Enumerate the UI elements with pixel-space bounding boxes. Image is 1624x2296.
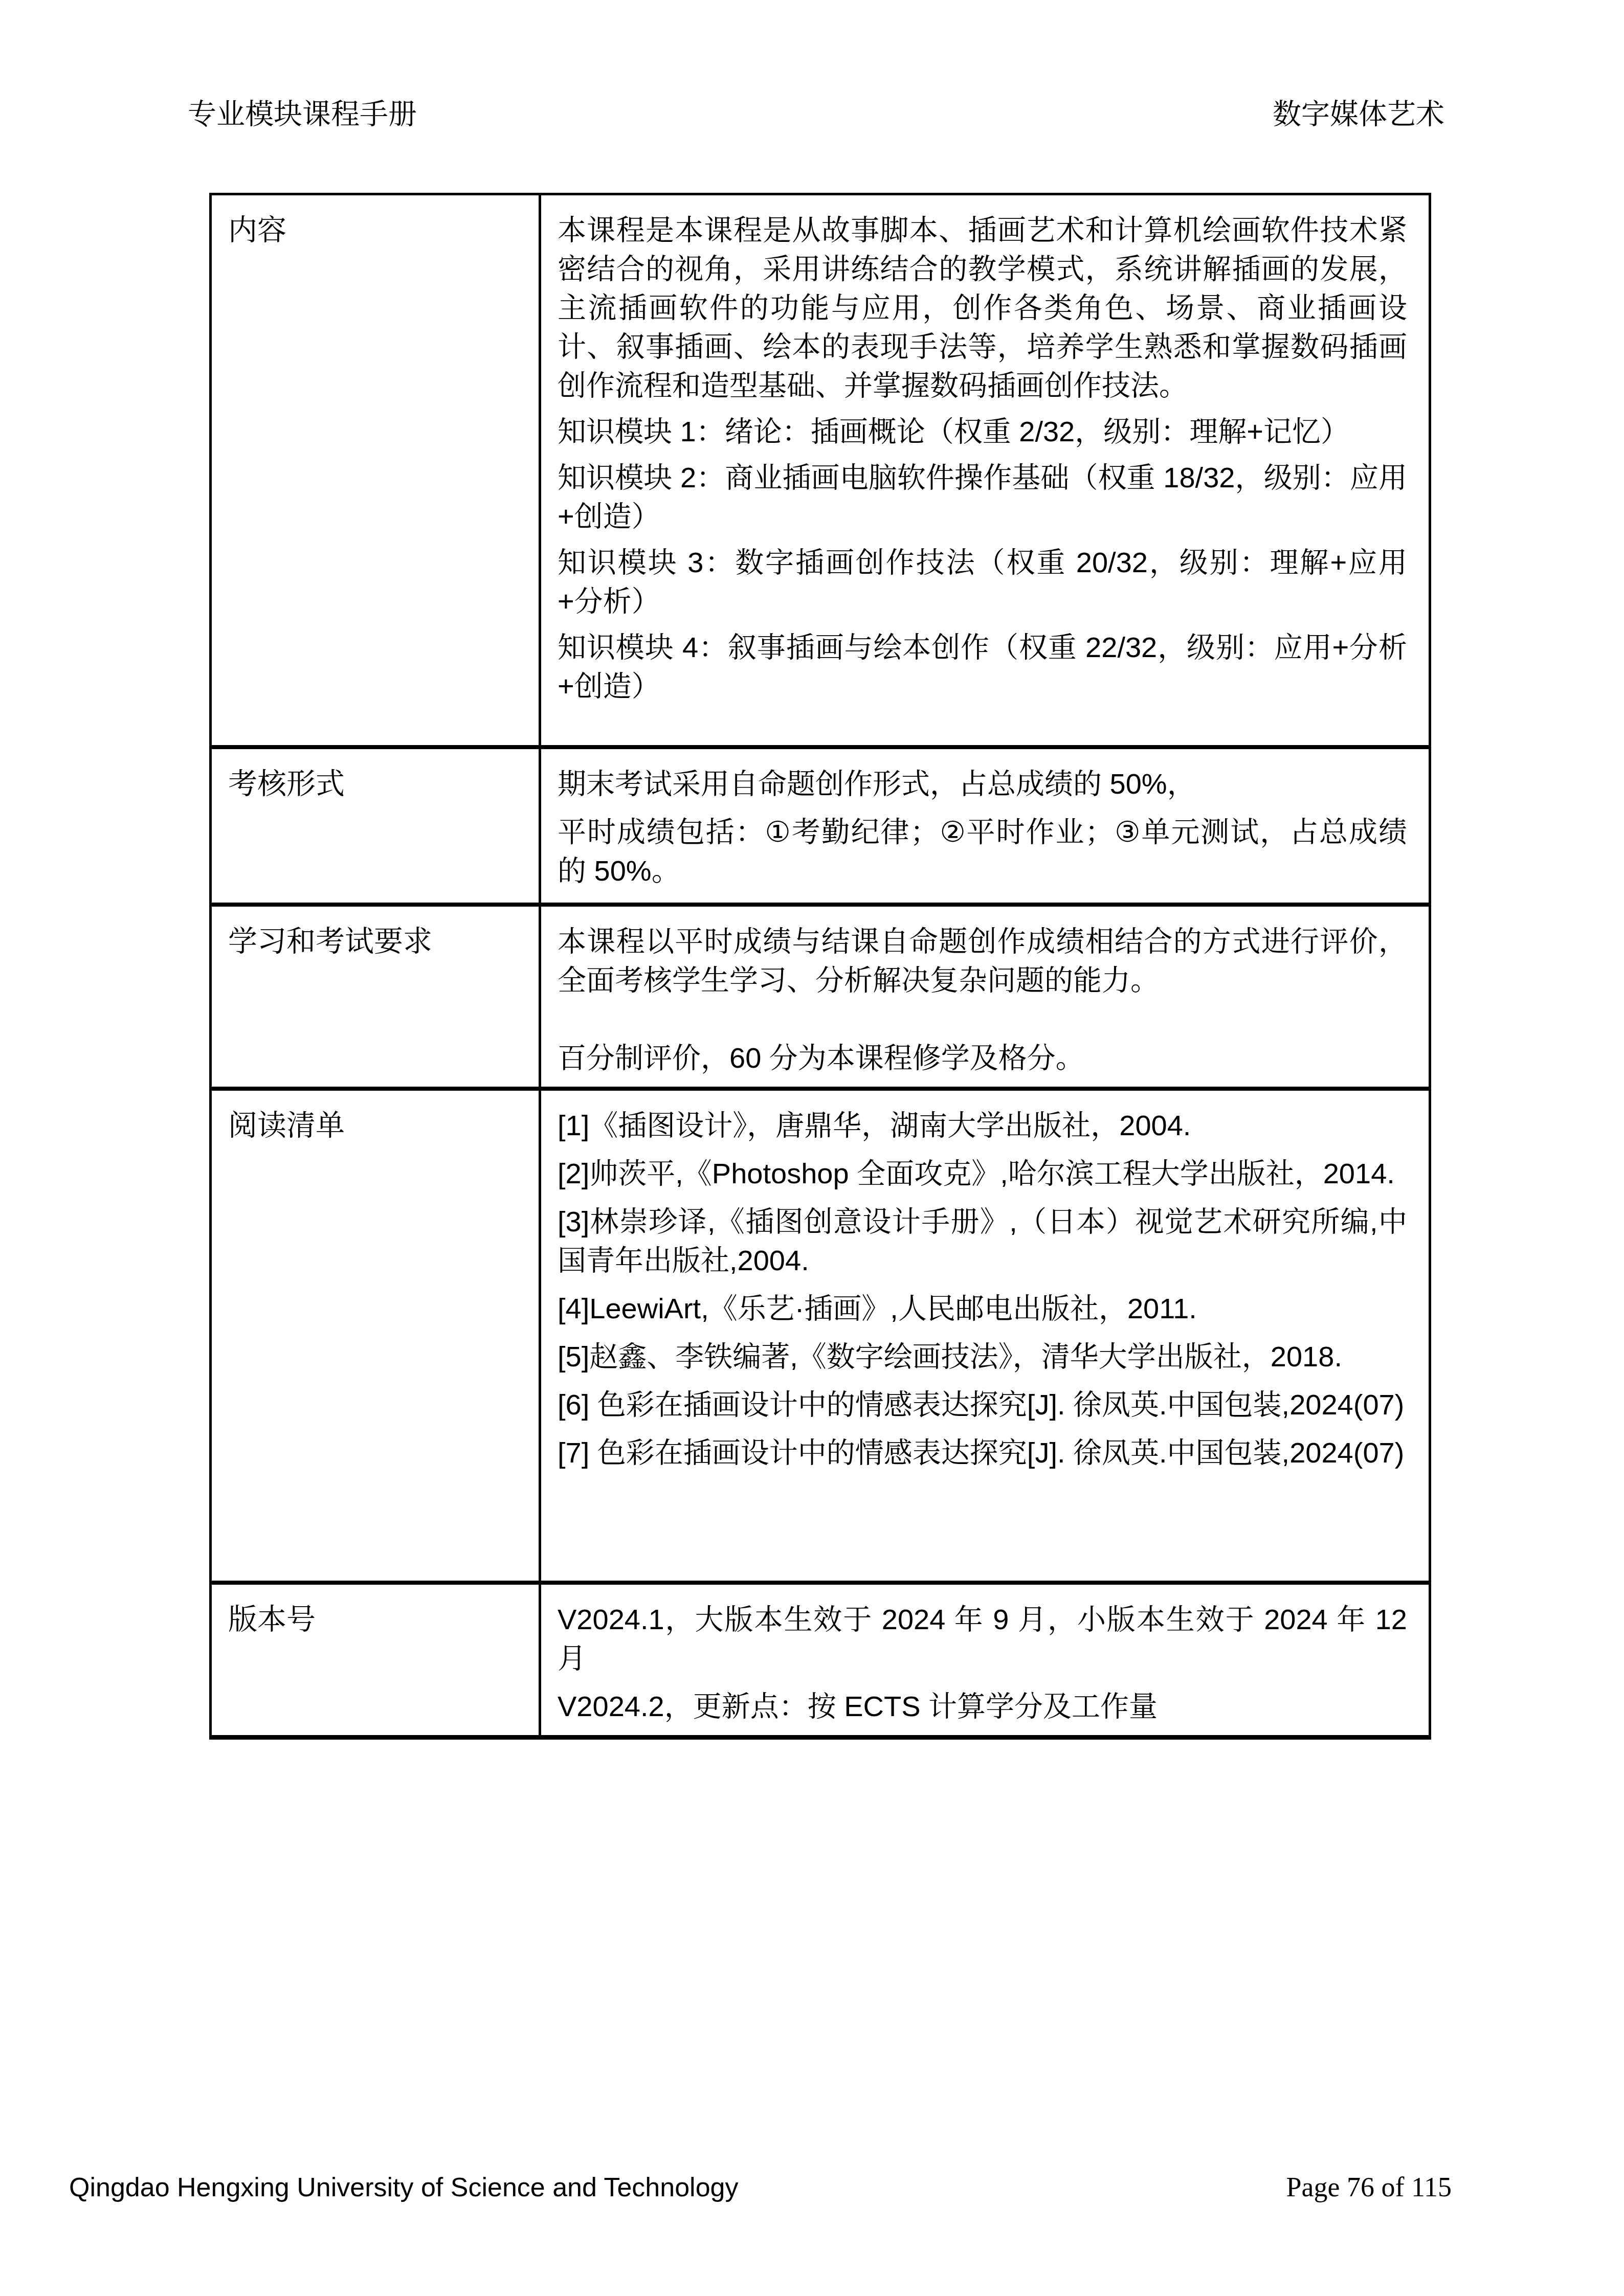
row-paragraph: 期末考试采用自命题创作形式，占总成绩的 50%， [558, 764, 1407, 803]
row-paragraph: 百分制评价，60 分为本课程修学及格分。 [558, 1039, 1407, 1077]
row-content: 期末考试采用自命题创作形式，占总成绩的 50%，平时成绩包括：①考勤纪律；②平时… [541, 749, 1429, 903]
row-paragraph: 知识模块 4：叙事插画与绘本创作（权重 22/32，级别：应用+分析+创造） [558, 628, 1407, 706]
row-paragraph: [2]帅茨平,《Photoshop 全面攻克》,哈尔滨工程大学出版社，2014. [558, 1154, 1407, 1193]
row-label: 内容 [212, 195, 541, 745]
row-label: 学习和考试要求 [212, 907, 541, 1087]
page-footer: Qingdao Hengxing University of Science a… [69, 2171, 1452, 2203]
row-paragraph: [3]林崇珍译,《插图创意设计手册》,（日本）视觉艺术研究所编,中国青年出版社,… [558, 1202, 1407, 1280]
header-right-title: 数字媒体艺术 [1273, 97, 1444, 131]
row-paragraph: [4]LeewiArt,《乐艺·插画》,人民邮电出版社，2011. [558, 1289, 1407, 1328]
header-left-title: 专业模块课程手册 [188, 97, 417, 131]
page-header: 专业模块课程手册 数字媒体艺术 [188, 97, 1444, 131]
row-paragraph: [6] 色彩在插画设计中的情感表达探究[J]. 徐凤英.中国包装,2024(07… [558, 1385, 1407, 1424]
row-paragraph: [5]赵鑫、李铁编著,《数字绘画技法》，清华大学出版社，2018. [558, 1337, 1407, 1376]
row-label: 阅读清单 [212, 1091, 541, 1581]
table-row: 考核形式期末考试采用自命题创作形式，占总成绩的 50%，平时成绩包括：①考勤纪律… [212, 745, 1429, 903]
row-label: 考核形式 [212, 749, 541, 903]
table-row: 内容本课程是本课程是从故事脚本、插画艺术和计算机绘画软件技术紧密结合的视角，采用… [212, 195, 1429, 745]
row-paragraph: 知识模块 2：商业插画电脑软件操作基础（权重 18/32，级别：应用+创造） [558, 458, 1407, 536]
table-row: 版本号V2024.1，大版本生效于 2024 年 9 月，小版本生效于 2024… [212, 1581, 1429, 1735]
row-content: 本课程是本课程是从故事脚本、插画艺术和计算机绘画软件技术紧密结合的视角，采用讲练… [541, 195, 1429, 745]
row-content: [1]《插图设计》，唐鼎华，湖南大学出版社，2004.[2]帅茨平,《Photo… [541, 1091, 1429, 1581]
footer-institution: Qingdao Hengxing University of Science a… [69, 2172, 739, 2203]
table-row: 学习和考试要求本课程以平时成绩与结课自命题创作成绩相结合的方式进行评价，全面考核… [212, 903, 1429, 1087]
course-info-table: 内容本课程是本课程是从故事脚本、插画艺术和计算机绘画软件技术紧密结合的视角，采用… [209, 193, 1431, 1740]
row-content: 本课程以平时成绩与结课自命题创作成绩相结合的方式进行评价，全面考核学生学习、分析… [541, 907, 1429, 1087]
table-row: 阅读清单[1]《插图设计》，唐鼎华，湖南大学出版社，2004.[2]帅茨平,《P… [212, 1087, 1429, 1581]
row-paragraph: 平时成绩包括：①考勤纪律；②平时作业；③单元测试，占总成绩的 50%。 [558, 813, 1407, 890]
row-paragraph: 本课程以平时成绩与结课自命题创作成绩相结合的方式进行评价，全面考核学生学习、分析… [558, 922, 1407, 1000]
row-paragraph [558, 1000, 1407, 1039]
row-paragraph: 知识模块 1：绪论：插画概论（权重 2/32，级别：理解+记忆） [558, 412, 1407, 451]
row-paragraph: V2024.1，大版本生效于 2024 年 9 月，小版本生效于 2024 年 … [558, 1600, 1407, 1678]
row-paragraph: 本课程是本课程是从故事脚本、插画艺术和计算机绘画软件技术紧密结合的视角，采用讲练… [558, 211, 1407, 405]
row-content: V2024.1，大版本生效于 2024 年 9 月，小版本生效于 2024 年 … [541, 1585, 1429, 1735]
footer-page-number: Page 76 of 115 [1286, 2171, 1452, 2203]
row-label: 版本号 [212, 1585, 541, 1735]
row-paragraph: 知识模块 3：数字插画创作技法（权重 20/32，级别：理解+应用+分析） [558, 543, 1407, 621]
row-paragraph: [7] 色彩在插画设计中的情感表达探究[J]. 徐凤英.中国包装,2024(07… [558, 1433, 1407, 1472]
row-paragraph: V2024.2，更新点：按 ECTS 计算学分及工作量 [558, 1687, 1407, 1726]
row-paragraph: [1]《插图设计》，唐鼎华，湖南大学出版社，2004. [558, 1106, 1407, 1145]
